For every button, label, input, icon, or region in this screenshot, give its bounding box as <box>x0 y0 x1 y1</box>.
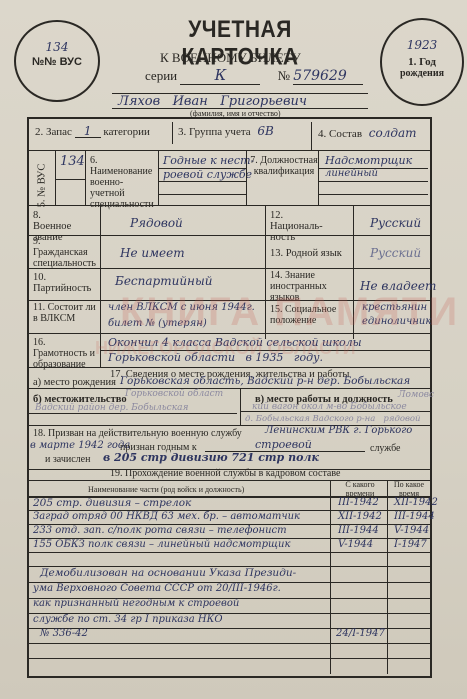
demob-line-2: ума Верховного Совета СССР от 20/III-194… <box>33 583 281 594</box>
service-row-unit: 233 отд. зап. с/полк рота связи – телефо… <box>33 525 287 536</box>
group-label-text: 3. Группа учета <box>178 126 251 138</box>
demob-line-3: как признанный негодным к строевой <box>33 598 239 609</box>
vus-circle-value: 134 <box>16 40 98 54</box>
service-row-to: XII-1942 <box>394 497 438 508</box>
birth-year-value: 1923 <box>382 38 462 52</box>
qualification-label: 7. Должностная квалификация <box>250 155 318 177</box>
party-value: Беспартийный <box>115 274 212 288</box>
service-row-to: V-1944 <box>394 525 429 536</box>
komsomol-value-1: член ВЛКСМ с июня 1944г. <box>108 302 255 313</box>
service-title: 19. Прохождение военной службы в кадрово… <box>110 468 340 479</box>
conscription-value-2: в марте 1942 года <box>30 440 130 451</box>
native-language-label: 13. Родной язык <box>270 248 342 259</box>
service-row-from: V-1944 <box>338 539 373 550</box>
residence-value-2: Вадский район дер. Бобыльская <box>35 403 188 413</box>
qualification-value-2: линейный <box>325 168 378 179</box>
service-row-unit: 155 ОБКЗ полк связи – линейный надсмотрщ… <box>33 539 290 550</box>
group-label: 3. Группа учета 6В <box>178 126 274 138</box>
education-value-1: Окончил 4 класса Вадской сельской школы <box>108 336 362 349</box>
group-value: 6В <box>257 124 273 138</box>
qualification-value-1: Надсмотрщик <box>325 154 412 167</box>
education-value-2: Горьковской области в 1935 году. <box>108 351 323 364</box>
vus-circle-label: №№ ВУС <box>16 56 98 68</box>
birth-year-label-1: 1. Год <box>382 56 462 68</box>
specialty-value-2: роевой службе <box>163 168 252 181</box>
service-row-from: III-1944 <box>338 525 379 536</box>
service-row-unit: Заград отряд 00 НКВД 63 мех. бр. – автом… <box>33 511 300 522</box>
nationality-label: 12. Националь-ность <box>270 210 335 243</box>
fit-for-value: строевой <box>255 438 312 451</box>
vus-label: 5. № ВУС <box>36 164 47 208</box>
komsomol-value-2: билет № (утерян) <box>108 318 207 329</box>
reserve-suffix: категории <box>103 126 149 138</box>
composition-label: 4. Состав солдат <box>318 128 417 140</box>
specialty-value-1: Годные к нест- <box>163 154 254 167</box>
specialty-label: 6. Наименование военно-учетной специальн… <box>90 155 140 210</box>
rank-value: Рядовой <box>130 216 183 230</box>
workplace-value-1: Ломовс <box>398 390 434 400</box>
number-label: № <box>278 68 290 83</box>
vus-circle: 134 №№ ВУС <box>14 20 100 102</box>
composition-value: солдат <box>369 126 417 140</box>
vus-value: 134 <box>60 154 85 169</box>
social-status-value-1: крестьянин <box>362 302 427 313</box>
party-label: 10. Партийность <box>33 272 91 294</box>
residence-value-1: Горьковской област <box>125 389 223 399</box>
reserve-label-text: 2. Запас <box>35 126 72 138</box>
series-value: К <box>180 66 260 85</box>
enrolled-value: в 205 стр дивизию 721 стр полк <box>103 451 319 464</box>
full-name: Ляхов Иван Григорьевич <box>118 94 307 109</box>
demob-line-4: службе по ст. 34 гр I приказа НКО <box>33 614 223 625</box>
number-value: 579629 <box>293 68 363 85</box>
birth-year-label-2: рождения <box>382 68 462 79</box>
conscription-label: 18. Призван на действительную военную сл… <box>33 428 242 439</box>
reserve-value: 1 <box>75 126 101 138</box>
native-language-value: Русский <box>370 246 421 260</box>
civil-specialty-value: Не имеет <box>120 246 185 260</box>
demob-line-5: № 336-42 <box>40 628 88 639</box>
service-col-unit: Наименование части (род войск и должност… <box>88 485 244 494</box>
record-card: 134 №№ ВУС УЧЕТНАЯ КАРТОЧКА К ВОЕННОМУ Б… <box>0 0 467 699</box>
conscription-value-1: Ленинским РВК г. Горького <box>265 425 412 436</box>
enrolled-label: и зачислен <box>45 454 90 465</box>
composition-label-text: 4. Состав <box>318 128 362 140</box>
demob-line-1: Демобилизован на основании Указа Президи… <box>40 567 296 579</box>
komsomol-label: 11. Состоит ли в ВЛКСМ <box>33 302 97 324</box>
series-row: серии К № 579629 <box>145 66 363 85</box>
service-row-to: III-1944 <box>394 511 435 522</box>
social-status-value-2: единоличник <box>362 316 431 327</box>
languages-value: Не владеет <box>360 279 436 293</box>
service-row-unit: 205 стр. дивизия – стрелок <box>33 497 191 509</box>
birthplace-label: а) место рождения <box>33 377 116 388</box>
education-label: 16. Грамотность и образование <box>33 337 95 370</box>
reserve-label: 2. Запас 1 категории <box>35 126 150 138</box>
birthplace-value: Горьковская область, Вадский р-н дер. Бо… <box>120 375 410 387</box>
service-row-from: III-1942 <box>338 497 379 508</box>
nationality-value: Русский <box>370 216 421 230</box>
civil-specialty-label: 9. Гражданская специальность <box>33 236 95 269</box>
languages-label: 14. Знание иностранных языков <box>270 270 345 303</box>
service-row-to: I-1947 <box>394 539 427 550</box>
social-status-label: 15. Социальное положение <box>270 304 340 326</box>
service-row-from: XII-1942 <box>338 511 382 522</box>
series-label: серии <box>145 68 177 83</box>
birth-year-circle: 1923 1. Год рождения <box>380 18 464 106</box>
card-subtitle: К ВОЕННОМУ БИЛЕТУ <box>160 50 301 66</box>
service-suffix: службе <box>370 443 400 454</box>
demob-date: 24/I-1947 <box>336 628 385 639</box>
workplace-value-3: д. Бобыльская Вадского р-на рядовой <box>245 414 421 424</box>
